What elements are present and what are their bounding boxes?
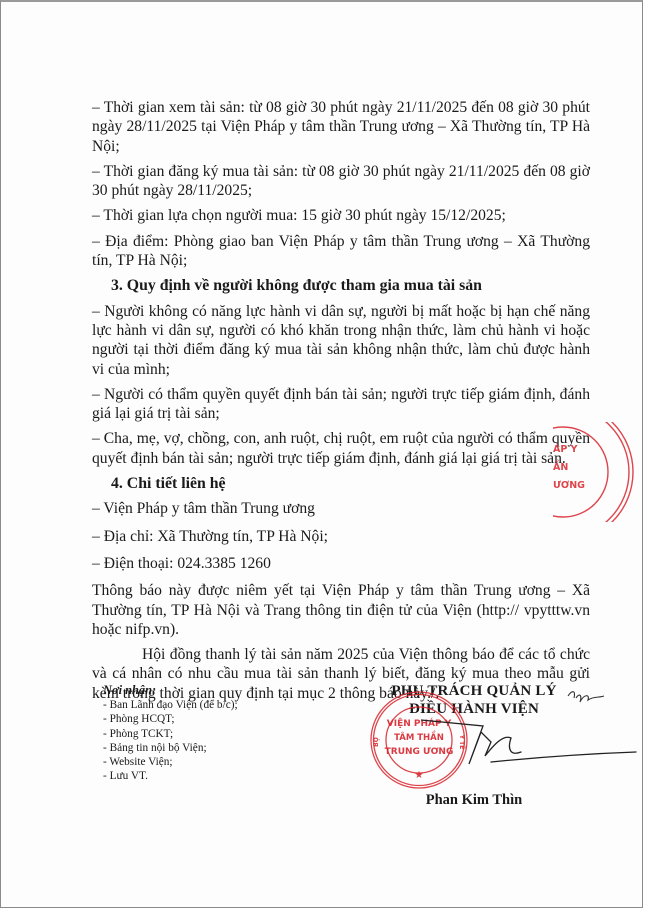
contact-address: – Địa chỉ: Xã Thường tín, TP Hà Nội;	[92, 527, 590, 546]
recipient-item: - Ban Lãnh đạo Viện (để b/c);	[103, 698, 238, 712]
recipient-item: - Phòng HCQT;	[103, 712, 238, 726]
ineligible-item: – Cha, mẹ, vợ, chồng, con, anh ruột, chị…	[92, 429, 590, 468]
document-page: – Thời gian xem tài sản: từ 08 giờ 30 ph…	[0, 0, 643, 908]
handwritten-signature-icon	[421, 712, 641, 772]
recipient-item: - Bảng tin nội bộ Viện;	[103, 741, 238, 755]
section-4-heading: 4. Chi tiết liên hệ	[111, 474, 590, 493]
ineligible-item: – Người có thẩm quyền quyết định bán tài…	[92, 385, 590, 424]
viewing-time-paragraph: – Thời gian xem tài sản: từ 08 giờ 30 ph…	[92, 98, 590, 156]
svg-text:ÁP Y: ÁP Y	[553, 443, 578, 455]
initials-icon	[566, 686, 606, 708]
recipient-item: - Lưu VT.	[103, 769, 238, 783]
recipients-title: Nơi nhận:	[103, 683, 238, 697]
posting-notice: Thông báo này được niêm yết tại Viện Phá…	[92, 581, 590, 639]
ineligible-item: – Người không có năng lực hành vi dân sự…	[92, 302, 590, 379]
svg-text:ƯƠNG: ƯƠNG	[553, 480, 585, 491]
selection-time-paragraph: – Thời gian lựa chọn người mua: 15 giờ 3…	[92, 206, 590, 225]
svg-text:BỘ: BỘ	[373, 737, 380, 747]
partial-stamp-icon: ÁP Y ẦN ƯƠNG	[553, 422, 645, 522]
recipient-item: - Website Viện;	[103, 755, 238, 769]
recipients-block: Nơi nhận: - Ban Lãnh đạo Viện (để b/c); …	[103, 683, 238, 783]
recipient-item: - Phòng TCKT;	[103, 727, 238, 741]
contact-organization: – Viện Pháp y tâm thần Trung ương	[92, 499, 590, 518]
section-3-heading: 3. Quy định về người không được tham gia…	[111, 276, 590, 295]
svg-text:ẦN: ẦN	[553, 460, 568, 473]
registration-time-paragraph: – Thời gian đăng ký mua tài sản: từ 08 g…	[92, 162, 590, 201]
contact-phone: – Điện thoại: 024.3385 1260	[92, 554, 590, 573]
signer-name: Phan Kim Thìn	[419, 792, 529, 809]
location-paragraph: – Địa điểm: Phòng giao ban Viện Pháp y t…	[92, 232, 590, 271]
document-body: – Thời gian xem tài sản: từ 08 giờ 30 ph…	[92, 98, 590, 709]
